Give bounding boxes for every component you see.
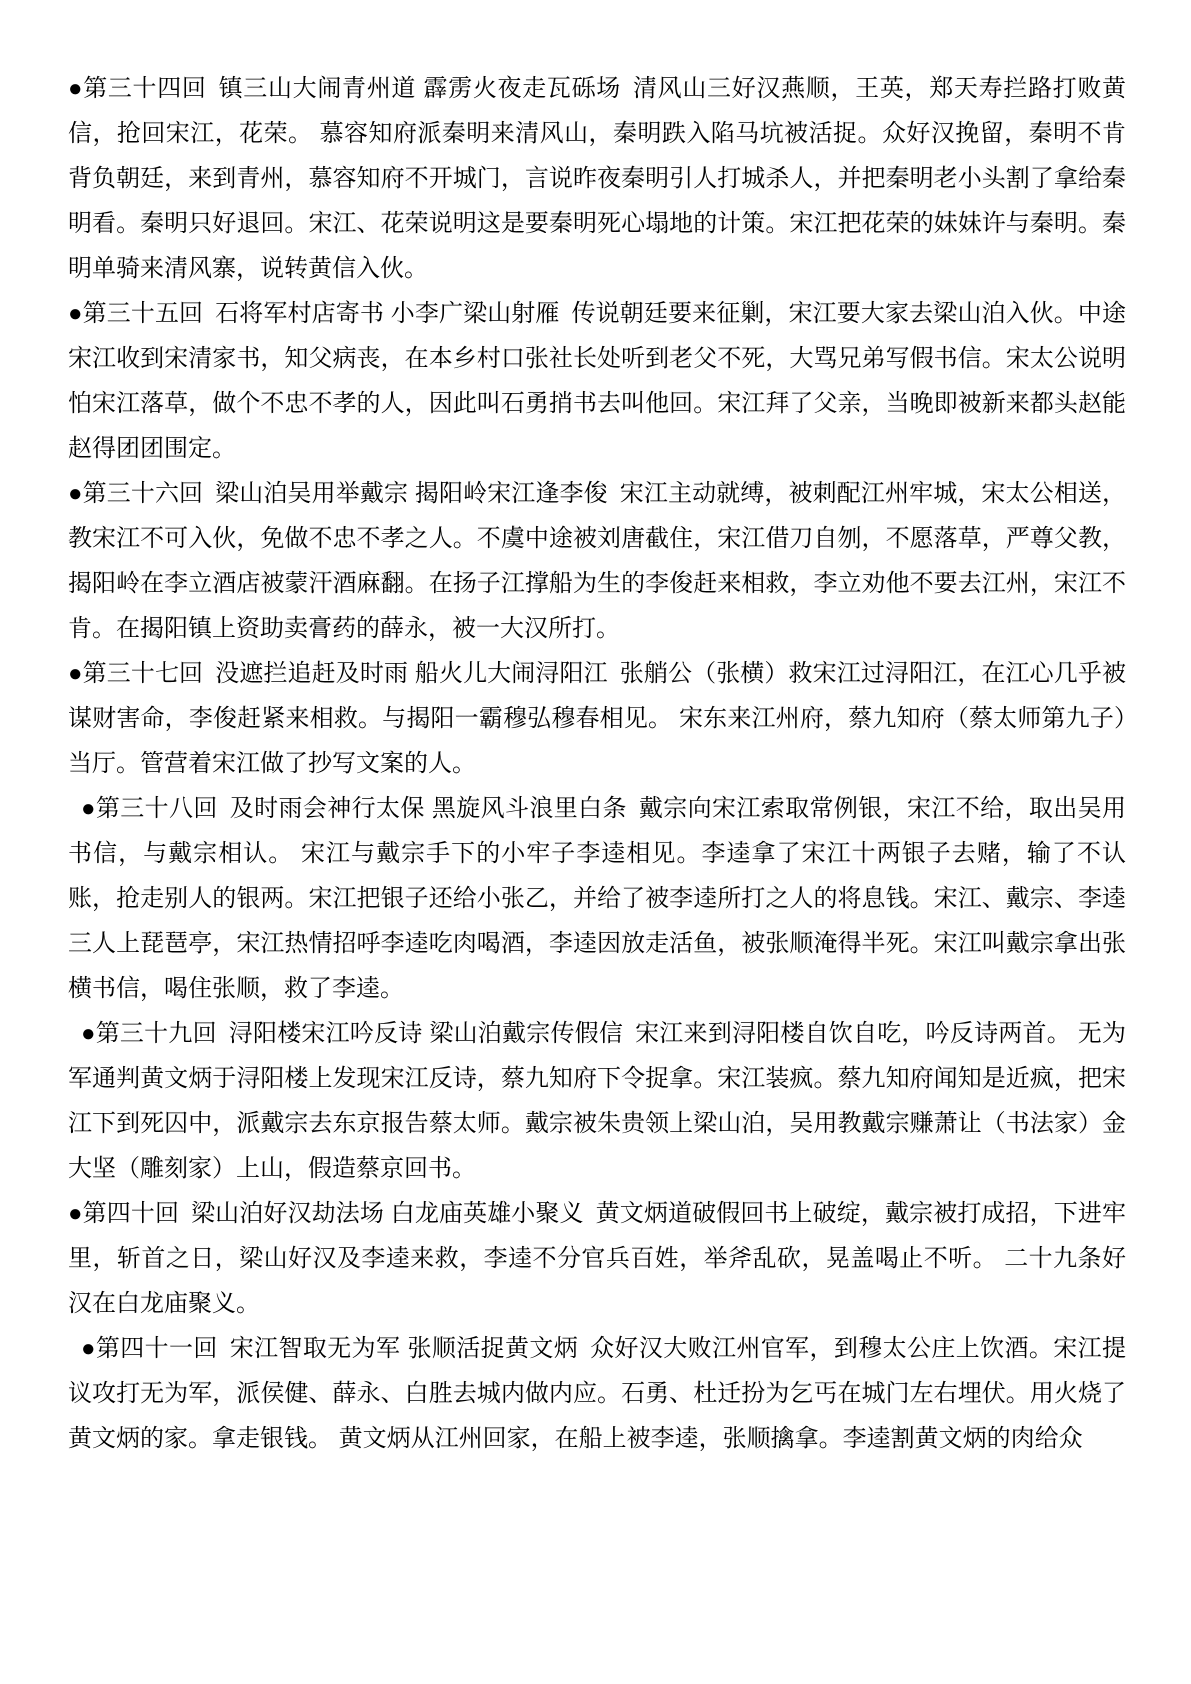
- chapter-couplet-title: 梁山泊好汉劫法场 白龙庙英雄小聚义: [191, 1200, 584, 1227]
- chapter-number: 第三十八回: [96, 795, 218, 822]
- chapter-couplet-title: 石将军村店寄书 小李广梁山射雁: [215, 300, 559, 327]
- chapter-couplet-title: 及时雨会神行太保 黑旋风斗浪里白条: [230, 795, 627, 822]
- bullet-icon: ●: [68, 300, 83, 327]
- chapter-number: 第三十九回: [96, 1020, 217, 1047]
- chapter-number: 第三十五回: [83, 300, 204, 327]
- chapter-couplet-title: 浔阳楼宋江吟反诗 梁山泊戴宗传假信: [229, 1020, 623, 1047]
- chapter-couplet-title: 梁山泊吴用举戴宗 揭阳岭宋江逢李俊: [215, 480, 608, 507]
- bullet-icon: ●: [68, 660, 83, 687]
- chapter-summary-37: ●第三十七回没遮拦追赶及时雨 船火儿大闹浔阳江张艄公（张横）救宋江过浔阳江，在江…: [68, 651, 1126, 786]
- chapter-summary-40: ●第四十回梁山泊好汉劫法场 白龙庙英雄小聚义黄文炳道破假回书上破绽，戴宗被打成招…: [68, 1191, 1126, 1326]
- chapter-summary-35: ●第三十五回石将军村店寄书 小李广梁山射雁传说朝廷要来征剿，宋江要大家去梁山泊入…: [68, 291, 1126, 471]
- chapter-couplet-title: 镇三山大闹青州道 霹雳火夜走瓦砾场: [219, 75, 621, 102]
- chapter-summary-text: 众好汉大败江州官军，到穆太公庄上饮酒。宋江提议攻打无为军，派侯健、薛永、白胜去城…: [68, 1335, 1126, 1452]
- bullet-icon: ●: [68, 480, 83, 507]
- document-content: ●第三十四回镇三山大闹青州道 霹雳火夜走瓦砾场清风山三好汉燕顺，王英，郑天寿拦路…: [68, 66, 1126, 1461]
- chapter-summary-34: ●第三十四回镇三山大闹青州道 霹雳火夜走瓦砾场清风山三好汉燕顺，王英，郑天寿拦路…: [68, 66, 1126, 291]
- chapter-number: 第三十六回: [83, 480, 204, 507]
- chapter-summary-text: 戴宗向宋江索取常例银，宋江不给，取出吴用书信，与戴宗相认。 宋江与戴宗手下的小牢…: [68, 795, 1126, 1002]
- bullet-icon: ●: [81, 1020, 96, 1047]
- chapter-summary-41: ●第四十一回宋江智取无为军 张顺活捉黄文炳众好汉大败江州官军，到穆太公庄上饮酒。…: [68, 1326, 1126, 1461]
- bullet-icon: ●: [68, 75, 83, 102]
- chapter-summary-39: ●第三十九回浔阳楼宋江吟反诗 梁山泊戴宗传假信宋江来到浔阳楼自饮自吃，吟反诗两首…: [68, 1011, 1126, 1191]
- chapter-number: 第四十回: [83, 1200, 179, 1227]
- chapter-couplet-title: 没遮拦追赶及时雨 船火儿大闹浔阳江: [215, 660, 608, 687]
- bullet-icon: ●: [68, 1200, 83, 1227]
- chapter-summary-38: ●第三十八回及时雨会神行太保 黑旋风斗浪里白条戴宗向宋江索取常例银，宋江不给，取…: [68, 786, 1126, 1011]
- chapter-number: 第三十四回: [83, 75, 206, 102]
- chapter-number: 第四十一回: [96, 1335, 218, 1362]
- bullet-icon: ●: [81, 1335, 96, 1362]
- chapter-summary-36: ●第三十六回梁山泊吴用举戴宗 揭阳岭宋江逢李俊宋江主动就缚，被刺配江州牢城，宋太…: [68, 471, 1126, 651]
- chapter-number: 第三十七回: [83, 660, 204, 687]
- bullet-icon: ●: [81, 795, 96, 822]
- document-page: ●第三十四回镇三山大闹青州道 霹雳火夜走瓦砾场清风山三好汉燕顺，王英，郑天寿拦路…: [0, 0, 1191, 1684]
- chapter-couplet-title: 宋江智取无为军 张顺活捉黄文炳: [230, 1335, 578, 1362]
- chapter-summary-text: 清风山三好汉燕顺，王英，郑天寿拦路打败黄信，抢回宋江，花荣。 慕容知府派秦明来清…: [68, 75, 1126, 282]
